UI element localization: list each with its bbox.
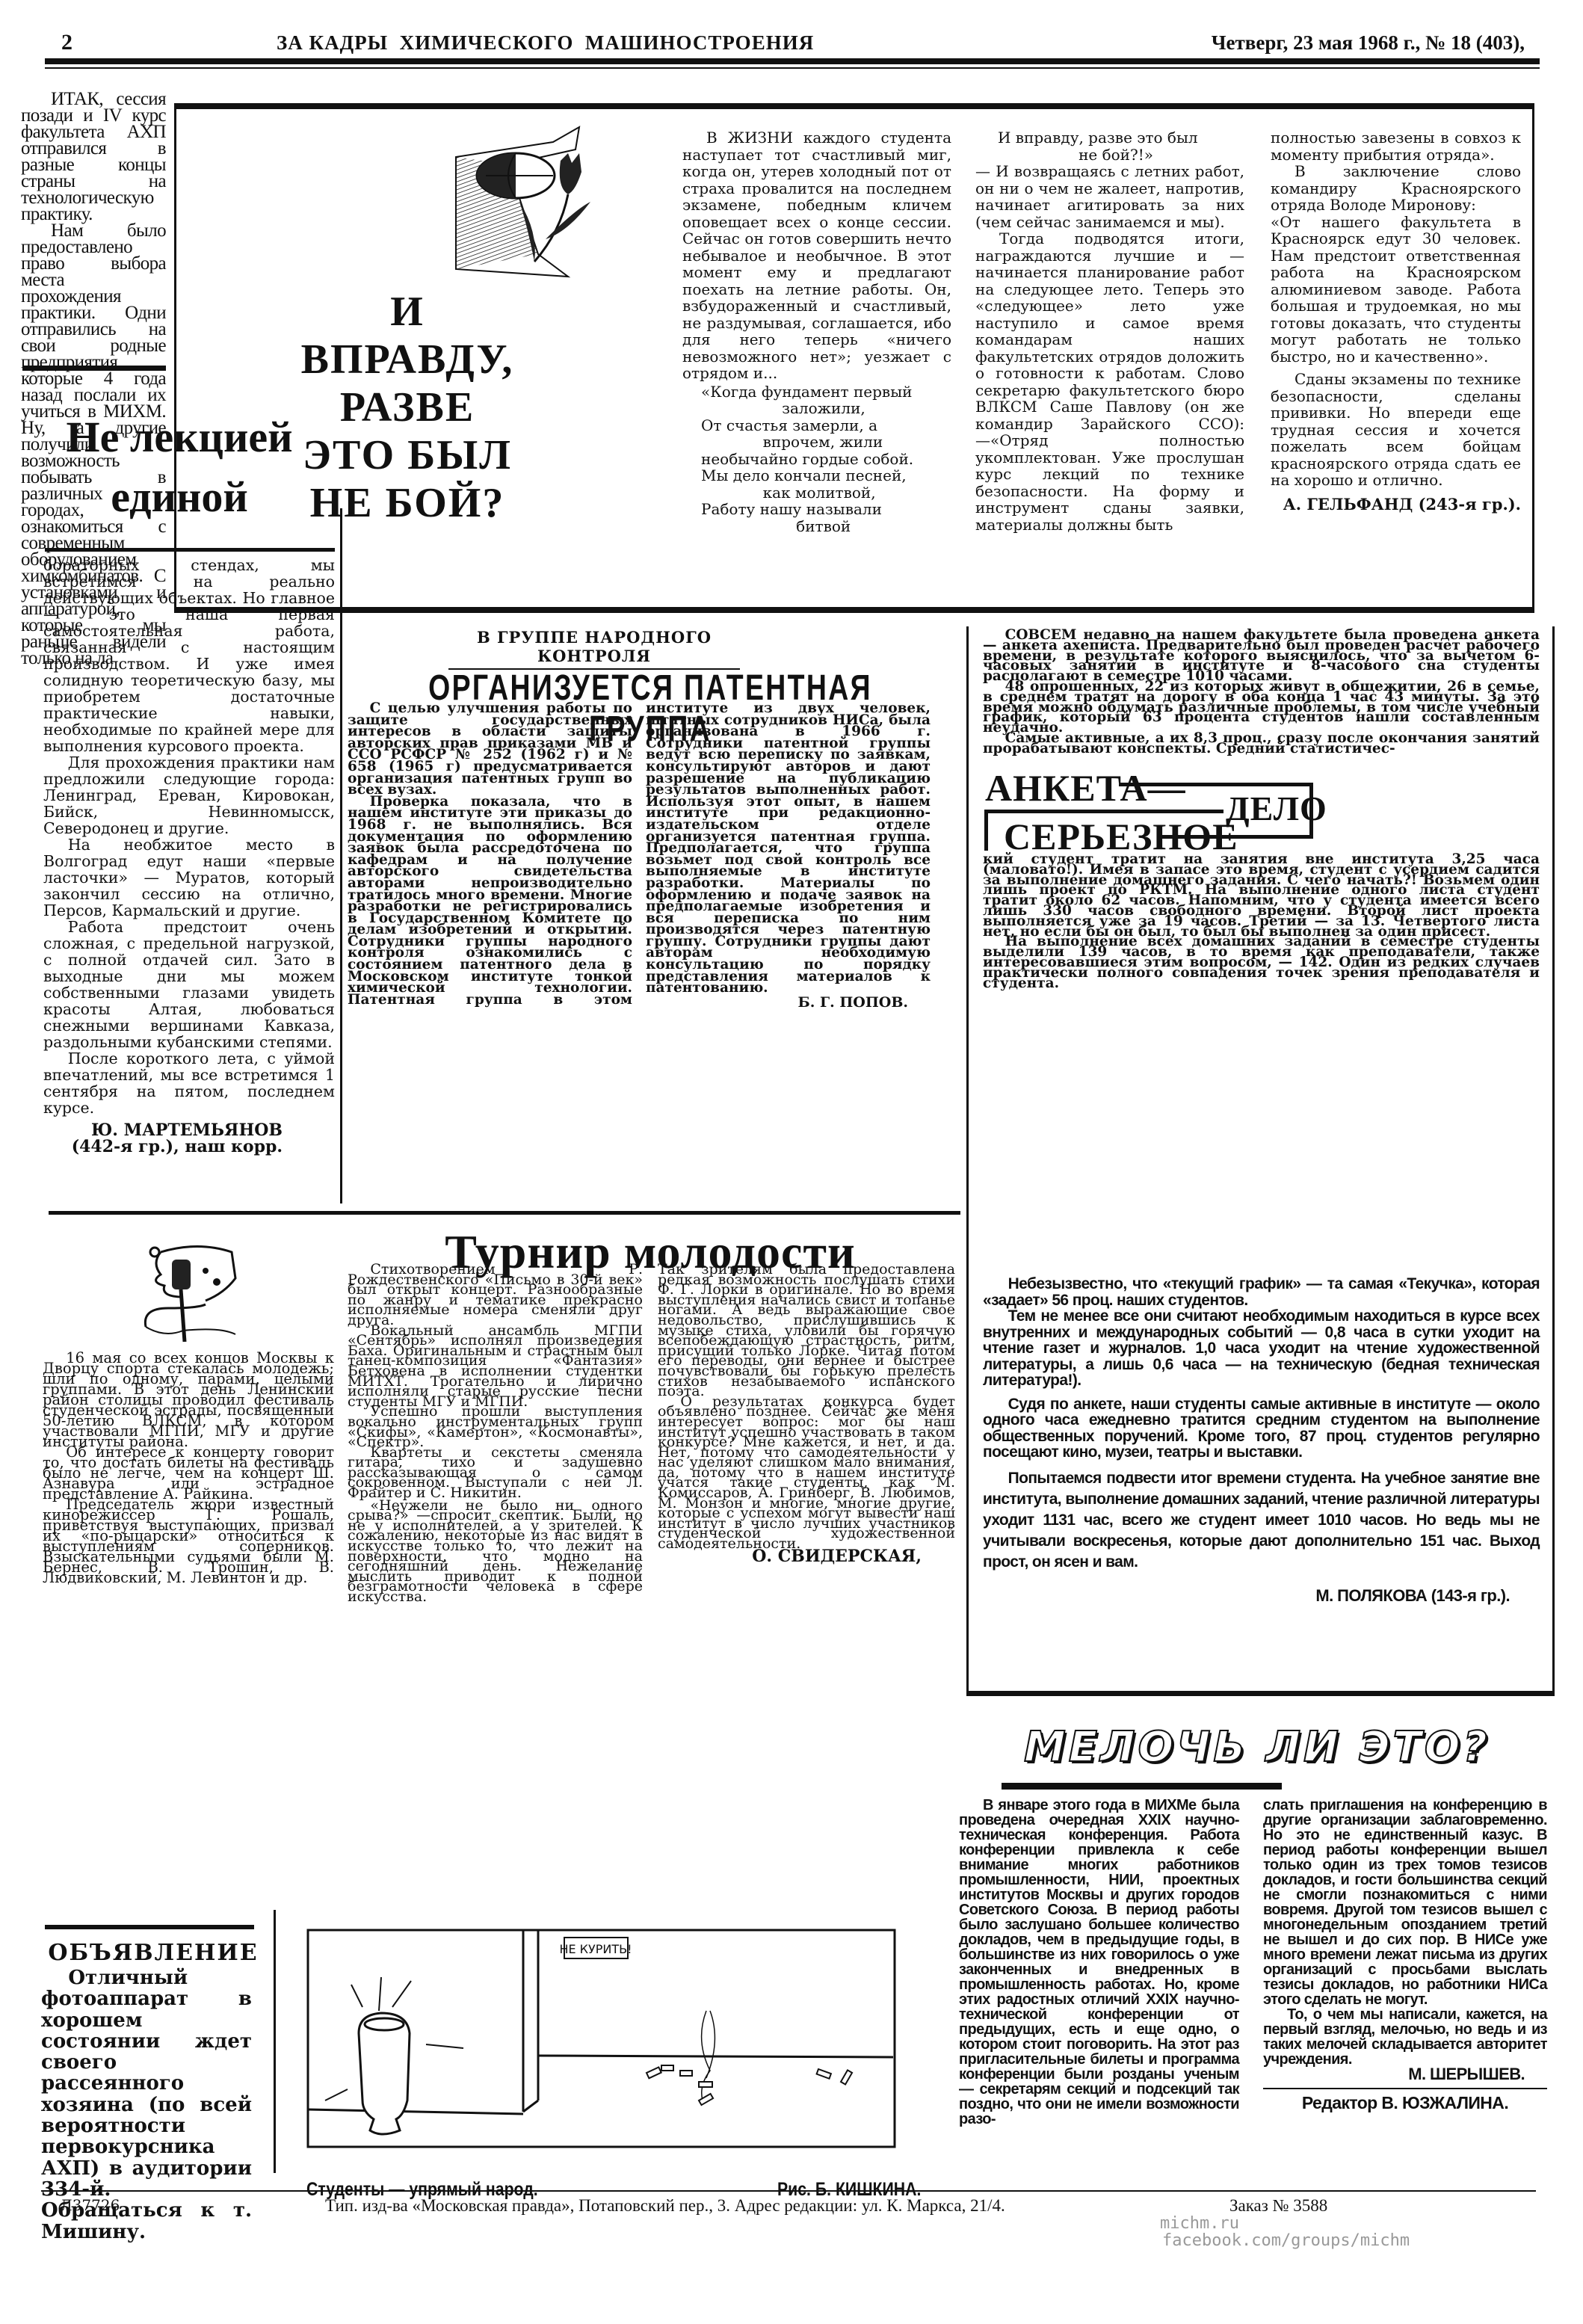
battle-poem: «Когда фундамент первый заложили, От сча…	[701, 383, 951, 535]
editor-credit: Редактор В. ЮЗЖАЛИНА.	[1263, 2095, 1547, 2110]
lecture-body: бораторных стендах, мы встретимся на реа…	[43, 557, 335, 1155]
print-code: Л37726	[60, 2196, 120, 2214]
no-smoking-cartoon: НЕ КУРИТЬ!	[306, 1929, 897, 2168]
headline-frame	[1160, 835, 1313, 839]
masthead: 2 ЗА КАДРЫ ХИМИЧЕСКОГО МАШИНОСТРОЕНИЯ Че…	[30, 30, 1525, 60]
tournament-col-3: Так зрителям была предоставлена редкая в…	[658, 1265, 955, 1562]
trifle-col2: слать приглашения на конференцию в други…	[1263, 1798, 1547, 2110]
survey-author: М. ПОЛЯКОВА (143-я гр.).	[983, 1588, 1510, 1604]
patent-rubric: В ГРУППЕ НАРОДНОГО КОНТРОЛЯ	[448, 628, 740, 670]
singer-microphone-illustration	[131, 1237, 265, 1349]
survey-intro: СОВСЕМ недавно на нашем факультете была …	[983, 630, 1540, 754]
masthead-rule-thin	[45, 67, 1540, 69]
page-number: 2	[61, 30, 72, 55]
globe-tulip-illustration	[441, 120, 605, 284]
column-divider	[340, 508, 342, 1203]
masthead-rule	[45, 58, 1540, 64]
issue-date: Четверг, 23 мая 1968 г., № 18 (403),	[1212, 31, 1525, 55]
patent-body: С целью улучшения работы по защите госуд…	[348, 703, 931, 1009]
battle-author: А. ГЕЛЬФАНД (243-я гр.).	[1271, 496, 1521, 514]
order-number: Заказ № 3588	[1229, 2196, 1327, 2216]
announcement-title: ОБЪЯВЛЕНИЕ	[45, 1940, 262, 1966]
battle-col2: И вправду, разве это был не бой?!» — И в…	[975, 129, 1244, 533]
newspaper-title: ЗА КАДРЫ ХИМИЧЕСКОГО МАШИНОСТРОЕНИЯ	[277, 31, 814, 55]
divider	[1263, 2088, 1547, 2089]
survey-headline-2: ДЕЛО	[1226, 789, 1327, 828]
divider	[1002, 1783, 1282, 1790]
battle-col1: В ЖИЗНИ каждого студента наступает тот с…	[682, 129, 951, 534]
survey-box-left	[966, 626, 969, 1692]
footer-rule	[41, 2190, 1536, 2192]
survey-body-2: Небезызвестно, что «текущий график» — та…	[983, 1276, 1540, 1603]
tournament-col-2: Стихотворением Р. Рождественского «Письм…	[348, 1265, 643, 1603]
divider	[22, 366, 166, 371]
divider	[49, 1211, 960, 1215]
divider	[45, 1925, 254, 1929]
tournament-author: О. СВИДЕРСКАЯ,	[658, 1552, 922, 1562]
headline-frame	[984, 810, 988, 851]
battle-headline: И ВПРАВДУ, РАЗВЕ ЭТО БЫЛ НЕ БОЙ?	[179, 288, 635, 527]
headline-frame	[984, 810, 1223, 813]
trifle-headline: МЕЛОЧЬ ЛИ ЭТО?	[1024, 1723, 1490, 1772]
imprint: Тип. изд-ва «Московская правда», Потапов…	[325, 2196, 1005, 2216]
no-smoking-sign: НЕ КУРИТЬ!	[559, 1942, 632, 1956]
trifle-col1: В январе этого года в МИХМе была проведе…	[959, 1798, 1239, 2127]
survey-body: кий студент тратит на занятия вне инстит…	[983, 854, 1540, 988]
trifle-author: М. ШЕРЫШЕВ.	[1263, 2067, 1525, 2082]
watermark-site: michm.ru	[1160, 2214, 1239, 2233]
tournament-left-col: 16 мая со всех концов Москвы к Дворцу сп…	[43, 1353, 334, 1583]
watermark-facebook: facebook.com/groups/michm	[1162, 2231, 1410, 2250]
headline-frame	[1119, 783, 1312, 786]
lecture-author: Ю. МАРТЕМЬЯНОВ	[43, 1122, 283, 1138]
patent-author: Б. Г. ПОПОВ.	[646, 997, 908, 1009]
survey-box-bottom	[966, 1691, 1555, 1696]
battle-box-bottom	[174, 607, 1534, 613]
battle-col3: полностью завезены в совхоз к моменту пр…	[1271, 129, 1521, 513]
lecture-author-note: (442-я гр.), наш корр.	[43, 1138, 283, 1155]
survey-headline-1: АНКЕТА—	[985, 766, 1186, 810]
column-divider	[274, 1910, 276, 2173]
survey-box-right	[1552, 626, 1555, 1692]
